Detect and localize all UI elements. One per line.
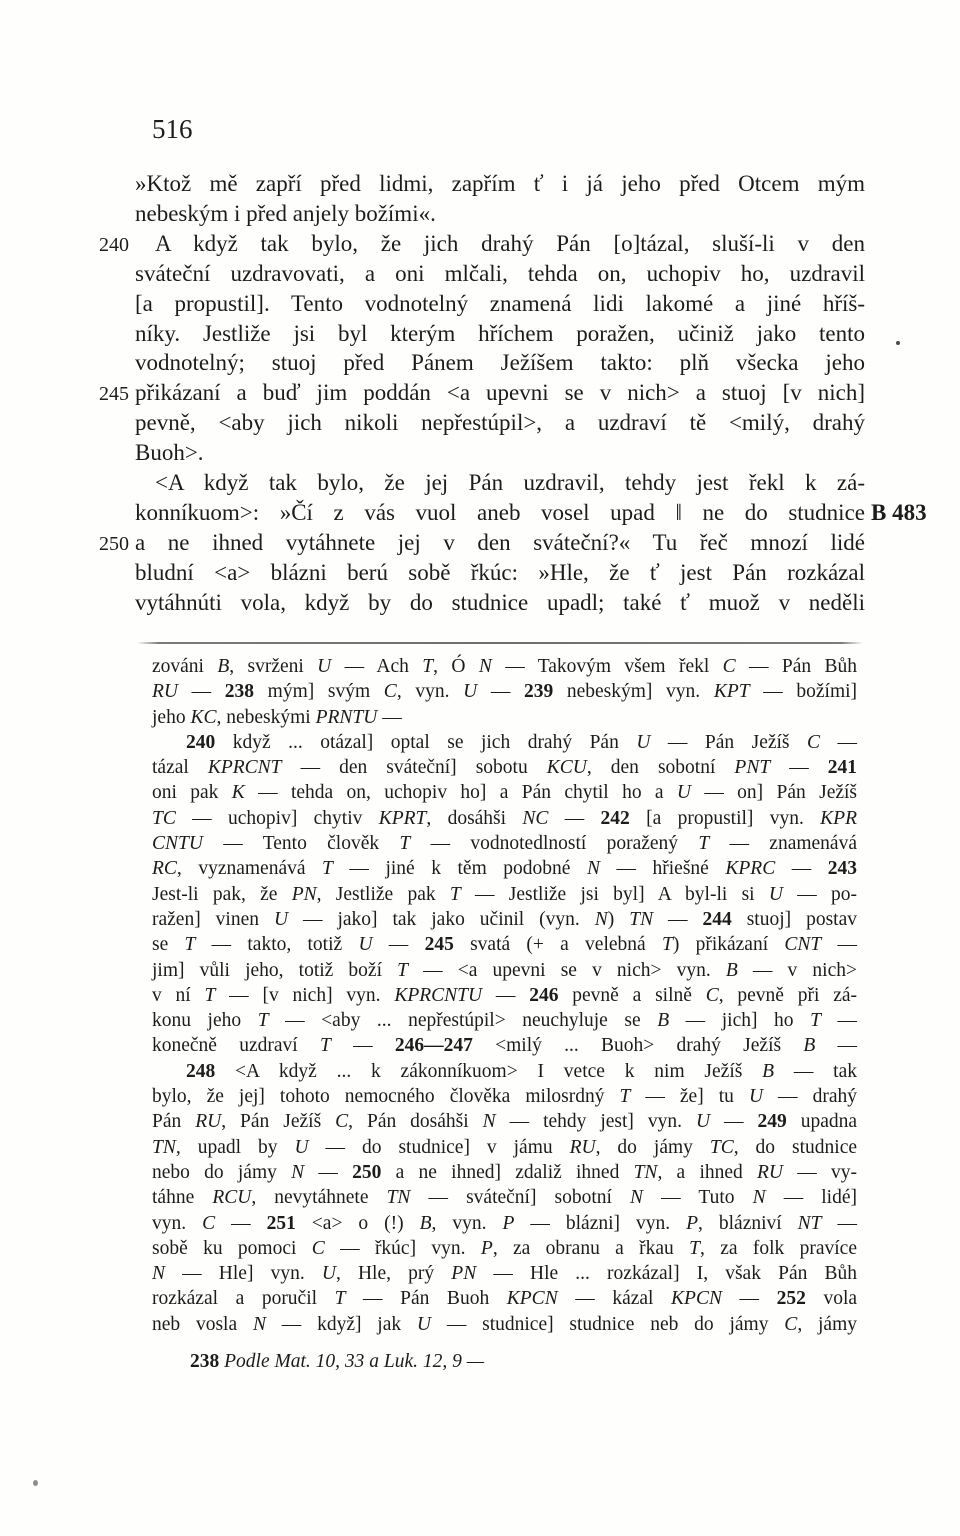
body-text-line: níky. Jestliže jsi byl kterým hříchem po…	[135, 319, 865, 349]
apparatus-line: TN, upadl by U — do studnice] v jámu RU,…	[152, 1135, 857, 1160]
critical-apparatus-block: zováni B, svrženi U — Ach T, Ó N — Takov…	[152, 654, 857, 1337]
body-text-line: vytáhnúti vola, když by do studnice upad…	[135, 588, 865, 618]
body-text-line: konníkuom>: »Čí z vás vuol aneb vosel up…	[135, 498, 865, 528]
apparatus-line: konečně uzdraví T — 246—247 <milý ... Bu…	[152, 1033, 857, 1058]
apparatus-line: N — Hle] vyn. U, Hle, prý PN — Hle ... r…	[152, 1261, 857, 1286]
apparatus-line: Jest-li pak, že PN, Jestliže pak T — Jes…	[152, 882, 857, 907]
apparatus-line: oni pak K — tehda on, uchopiv ho] a Pán …	[152, 780, 857, 805]
apparatus-divider-rule	[137, 642, 863, 644]
body-text-line: »Ktož mě zapří před lidmi, zapřím ť i já…	[135, 169, 865, 199]
apparatus-line: TC — uchopiv] chytiv KPRT, dosáhši NC — …	[152, 806, 857, 831]
apparatus-line: RU — 238 mým] svým C, vyn. U — 239 nebes…	[152, 679, 857, 704]
body-text-line: pevně, <aby jich nikoli nepřestúpil>, a …	[135, 408, 865, 438]
folio-margin-note: B 483	[871, 498, 927, 528]
body-text-line: a ne ihned vytáhnete jej v den sváteční?…	[135, 528, 865, 558]
verse-line-number: 240	[99, 231, 129, 261]
apparatus-line: 248 <A když ... k zákonníkuom> I vetce k…	[152, 1059, 857, 1084]
body-text-line: <A když tak bylo, že jej Pán uzdravil, t…	[135, 468, 865, 498]
apparatus-line: rozkázal a poručil T — Pán Buoh KPCN — k…	[152, 1286, 857, 1311]
body-text-line: A když tak bylo, že jich drahý Pán [o]tá…	[135, 229, 865, 259]
apparatus-line: ražen] vinen U — jako] tak jako učinil (…	[152, 907, 857, 932]
verse-line-number: 245	[99, 380, 129, 410]
apparatus-line: tázal KPRCNT — den sváteční] sobotu KCU,…	[152, 755, 857, 780]
apparatus-line: sobě ku pomoci C — řkúc] vyn. P, za obra…	[152, 1236, 857, 1261]
apparatus-line: Pán RU, Pán Ježíš C, Pán dosáhši N — teh…	[152, 1109, 857, 1134]
body-text-line: přikázaní a buď jim poddán <a upevni se …	[135, 378, 865, 408]
apparatus-line: 240 když ... otázal] optal se jich drahý…	[152, 730, 857, 755]
source-footnote: 238 Podle Mat. 10, 33 a Luk. 12, 9 —	[190, 1351, 484, 1373]
print-speck	[33, 1480, 38, 1486]
apparatus-line: vyn. C — 251 <a> o (!) B, vyn. P — blázn…	[152, 1211, 857, 1236]
verse-line-number: 250	[99, 530, 129, 560]
body-text-line: Buoh>.	[135, 438, 865, 468]
apparatus-line: v ní T — [v nich] vyn. KPRCNTU — 246 pev…	[152, 983, 857, 1008]
footnote-number: 238	[190, 1351, 219, 1372]
body-text-line: nebeským i před anjely božími«.	[135, 199, 865, 229]
body-text-line: sváteční uzdravovati, a oni mlčali, tehd…	[135, 259, 865, 289]
body-text-line: bludní <a> blázni berú sobě řkúc: »Hle, …	[135, 558, 865, 588]
apparatus-line: zováni B, svrženi U — Ach T, Ó N — Takov…	[152, 654, 857, 679]
apparatus-line: nebo do jámy N — 250 a ne ihned] zdaliž …	[152, 1160, 857, 1185]
apparatus-line: RC, vyznamenává T — jiné k těm podobné N…	[152, 856, 857, 881]
body-text-line: vodnotelný; stuoj před Pánem Ježíšem tak…	[135, 348, 865, 378]
apparatus-line: jeho KC, nebeskými PRNTU —	[152, 705, 857, 730]
apparatus-line: táhne RCU, nevytáhnete TN — sváteční] so…	[152, 1185, 857, 1210]
footnote-text: Podle Mat. 10, 33 a Luk. 12, 9 —	[224, 1351, 484, 1372]
apparatus-line: se T — takto, totiž U — 245 svatá (+ a v…	[152, 932, 857, 957]
apparatus-line: neb vosla N — když] jak U — studnice] st…	[152, 1312, 857, 1337]
page-number: 516	[152, 114, 193, 145]
print-speck	[896, 341, 900, 345]
apparatus-line: CNTU — Tento člověk T — vodnotedlností p…	[152, 831, 857, 856]
main-text-block: »Ktož mě zapří před lidmi, zapřím ť i já…	[135, 169, 865, 618]
body-text-line: [a propustil]. Tento vodnotelný znamená …	[135, 289, 865, 319]
apparatus-line: bylo, že jej] tohoto nemocného člověka m…	[152, 1084, 857, 1109]
apparatus-line: jim] vůli jeho, totiž boží T — <a upevni…	[152, 958, 857, 983]
book-page: 516 »Ktož mě zapří před lidmi, zapřím ť …	[0, 0, 960, 1536]
apparatus-line: konu jeho T — <aby ... nepřestúpil> neuc…	[152, 1008, 857, 1033]
